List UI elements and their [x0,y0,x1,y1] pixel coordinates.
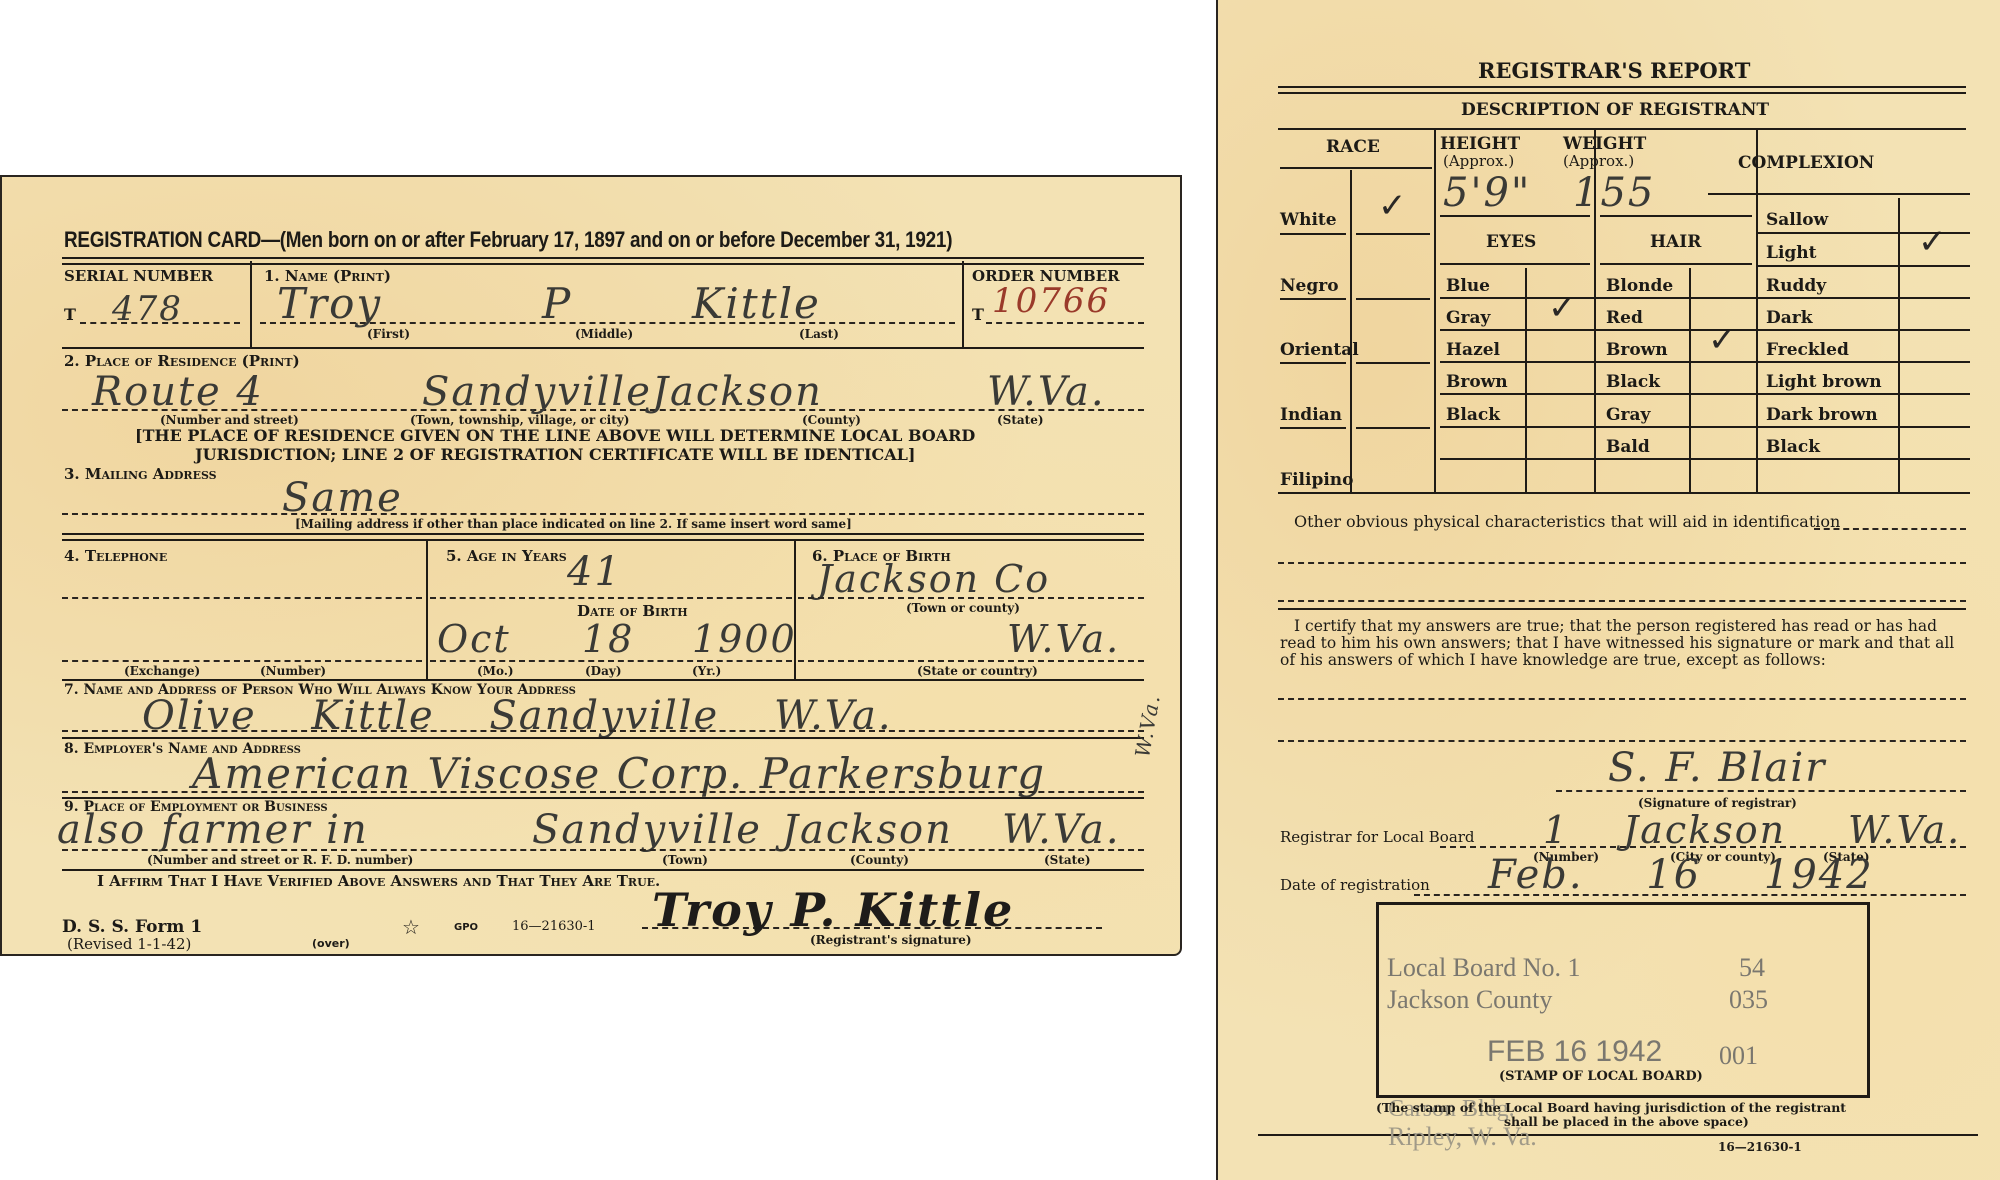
rule [1356,362,1430,364]
hair-bald: Bald [1606,437,1650,457]
complexion-dark: Dark [1766,308,1813,328]
exceptions-line [1278,740,1966,742]
rule [1758,265,1970,267]
serial-number-value: 478 [112,289,183,329]
signature-caption: (Registrant's signature) [810,933,972,947]
rule [1600,215,1752,217]
back-form-code: 16—21630-1 [1718,1140,1802,1154]
residence-state-value: W.Va. [987,369,1106,415]
rule [1440,263,1590,265]
divider [250,261,252,347]
affirm-statement: I Affirm That I Have Verified Above Answ… [97,872,660,890]
complexion-ruddy: Ruddy [1766,276,1826,296]
rule [1440,215,1590,217]
grid-line [1350,170,1352,492]
weight-header: WEIGHT [1563,134,1646,154]
registrar-signature: S. F. Blair [1608,745,1826,791]
street-caption: (Number and street) [160,413,299,427]
rule [1278,86,1966,94]
employment-street-caption: (Number and street or R. F. D. number) [147,853,413,867]
employment-street-value: also farmer in [57,807,369,853]
title-rule [62,257,1144,265]
stamp-number-3: 001 [1719,1041,1758,1071]
rule [62,869,1144,871]
serial-number-label: SERIAL NUMBER [64,267,213,285]
local-board-state: W.Va. [1848,808,1961,852]
birthplace-state-caption: (State or country) [917,664,1038,678]
complexion-light-check-icon: ✓ [1918,222,1947,262]
stamp-note-2: shall be placed in the above space) [1504,1114,1749,1129]
eyes-black: Black [1446,405,1500,425]
rule [1278,492,1970,494]
race-filipino: Filipino [1280,470,1354,490]
hair-black: Black [1606,372,1660,392]
middle-caption: (Middle) [575,327,633,341]
complexion-light-brown: Light brown [1766,372,1882,392]
age-line [430,597,792,599]
divider [426,539,428,679]
race-oriental: Oriental [1280,340,1359,360]
birthplace-town-value: Jackson Co [817,557,1050,601]
rule [1280,233,1346,235]
mailing-line [62,513,1144,515]
race-negro: Negro [1280,276,1339,296]
eyes-gray: Gray [1446,308,1490,328]
grid-line [1434,130,1436,492]
exceptions-line [1278,698,1966,700]
complexion-header: COMPLEXION [1738,153,1874,173]
report-subtitle: DESCRIPTION OF REGISTRANT [1461,100,1769,120]
divider [794,539,796,679]
month-caption: (Mo.) [477,664,514,678]
form-revised: (Revised 1-1-42) [67,935,191,953]
race-white: White [1280,210,1337,230]
other-line [1278,600,1966,602]
stamp-box: Local Board No. 1 54 Jackson County 035 … [1376,902,1870,1098]
grid-line [1756,130,1758,492]
exchange-caption: (Exchange) [124,664,200,678]
birthplace-state-value: W.Va. [1007,617,1120,661]
eyes-header: EYES [1486,232,1536,252]
dob-day-value: 18 [582,617,634,661]
rule [1356,427,1430,429]
hair-brown-check-icon: ✓ [1708,320,1737,360]
card-title: REGISTRATION CARD—(Men born on or after … [64,227,952,253]
last-caption: (Last) [799,327,839,341]
registrar-report-back: REGISTRAR'S REPORT DESCRIPTION OF REGIST… [1216,0,2000,1180]
last-name-value: Kittle [692,279,821,328]
birthplace-line [798,597,1144,599]
registrar-signature-line [1556,790,1966,792]
race-white-check-icon: ✓ [1378,186,1407,226]
birthplace-town-caption: (Town or county) [906,601,1020,615]
residence-street-value: Route 4 [92,369,264,415]
contact-value: Olive Kittle Sandyville W.Va. [142,693,893,739]
registration-date-value: Feb. 16 1942 [1488,852,1874,898]
rule [1440,393,1970,395]
height-value: 5'9" [1443,170,1531,216]
middle-name-value: P [542,279,572,328]
employer-line [62,791,1144,793]
stamp-line-2: Jackson County [1387,985,1552,1015]
race-header: RACE [1326,137,1380,157]
hair-blonde: Blonde [1606,276,1673,296]
complexion-freckled: Freckled [1766,340,1849,360]
order-line [986,322,1144,324]
local-board-number: 1 [1543,808,1569,852]
rule [1356,298,1430,300]
rule [1280,298,1346,300]
eyes-hazel: Hazel [1446,340,1500,360]
day-caption: (Day) [585,664,622,678]
residence-label: 2. Place of Residence (Print) [64,352,300,370]
form-code: 16—21630-1 [512,919,596,934]
registration-card-front: REGISTRATION CARD—(Men born on or after … [0,175,1182,956]
rule [1278,608,1966,610]
first-name-value: Troy [277,279,382,328]
rule [1278,128,1966,130]
rule [1440,361,1970,363]
complexion-black: Black [1766,437,1820,457]
star-icon: ☆ [402,915,420,939]
complexion-sallow: Sallow [1766,210,1828,230]
telephone-label: 4. Telephone [64,547,167,565]
stamp-number-1: 54 [1739,953,1765,983]
order-prefix: T [972,305,984,324]
dob-year-value: 1900 [692,617,797,661]
grid-line [1898,198,1900,492]
weight-approx: (Approx.) [1563,152,1634,170]
rule [1258,1134,1978,1136]
employment-line [62,849,1144,851]
other-characteristics-label: Other obvious physical characteristics t… [1294,512,1840,531]
rule [1356,233,1430,235]
telephone-line [62,597,422,599]
rule [1440,329,1970,331]
hair-brown: Brown [1606,340,1668,360]
eyes-blue: Blue [1446,276,1490,296]
stamp-number-2: 035 [1729,985,1768,1015]
mailing-label: 3. Mailing Address [64,465,217,483]
other-line [1814,528,1966,530]
order-number-value: 10766 [992,281,1110,321]
eyes-gray-check-icon: ✓ [1548,288,1577,328]
stamp-date: FEB 16 1942 [1487,1035,1662,1069]
rule [1440,297,1970,299]
hair-header: HAIR [1650,232,1701,252]
mailing-caption: [Mailing address if other than place ind… [295,517,852,531]
other-line [1278,562,1966,564]
stamp-caption: (STAMP OF LOCAL BOARD) [1499,1069,1703,1084]
employment-town-caption: (Town) [662,853,708,867]
rule [1440,426,1970,428]
local-board-label: Registrar for Local Board [1280,828,1475,846]
residence-town-value: Sandyville [422,369,652,415]
rule [1280,427,1346,429]
residence-county-value: Jackson [652,369,823,415]
age-value: 41 [567,549,622,595]
complexion-light: Light [1766,243,1817,263]
rule [1708,193,1970,195]
certify-statement: I certify that my answers are true; that… [1280,618,1970,669]
rule [1280,362,1346,364]
rule [62,533,1144,541]
rule [1600,263,1752,265]
over-label: (over) [312,937,350,950]
rule [1280,167,1432,169]
eyes-brown: Brown [1446,372,1508,392]
hair-gray: Gray [1606,405,1650,425]
divider [962,261,964,347]
year-caption: (Yr.) [692,664,721,678]
stamp-line-1: Local Board No. 1 [1387,953,1581,983]
serial-prefix: T [64,305,76,324]
rule [62,347,1144,349]
dob-month-value: Oct [437,617,511,661]
county-caption: (County) [802,413,861,427]
telephone-line [62,660,422,662]
height-header: HEIGHT [1440,134,1520,154]
gpo-label: GPO [454,922,478,933]
local-board-county: Jackson [1623,808,1786,852]
hair-red: Red [1606,308,1643,328]
registration-date-label: Date of registration [1280,876,1430,894]
contact-line [62,730,1144,732]
employment-county-caption: (County) [850,853,909,867]
residence-notice-1: [THE PLACE OF RESIDENCE GIVEN ON THE LIN… [135,426,975,445]
residence-notice-2: JURISDICTION; LINE 2 OF REGISTRATION CER… [195,445,915,464]
employment-state-value: W.Va. [1002,807,1121,853]
stamp-note-1: (The stamp of the Local Board having jur… [1376,1100,1846,1115]
rule [62,737,1144,739]
employer-state-value: W.Va. [1130,692,1165,760]
height-approx: (Approx.) [1443,152,1514,170]
rule [1440,458,1970,460]
weight-value: 155 [1573,170,1655,216]
dob-line [430,660,792,662]
employment-state-caption: (State) [1044,853,1091,867]
state-caption: (State) [997,413,1044,427]
first-caption: (First) [367,327,410,341]
employment-county-value: Jackson [782,807,953,853]
rule [62,679,1144,681]
form-name: D. S. S. Form 1 [62,917,202,937]
birthplace-line [798,660,1144,662]
age-label: 5. Age in Years [446,547,567,565]
race-indian: Indian [1280,405,1342,425]
rule [1758,232,1970,234]
report-title: REGISTRAR'S REPORT [1478,58,1750,83]
stamp-overprint-2: Ripley, W. Va. [1388,1122,1537,1152]
number-caption: (Number) [260,664,326,678]
mailing-value: Same [282,475,403,521]
registrant-signature: Troy P. Kittle [652,883,1014,937]
complexion-dark-brown: Dark brown [1766,405,1878,425]
town-caption: (Town, township, village, or city) [410,413,629,427]
employment-town-value: Sandyville [532,807,762,853]
